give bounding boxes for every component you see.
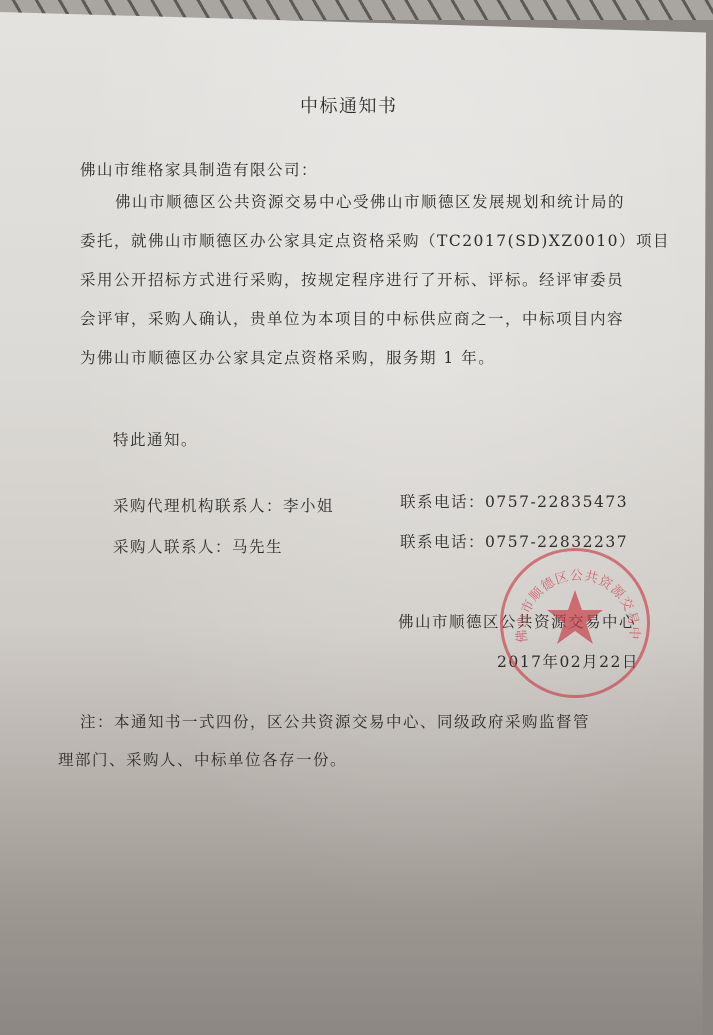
body-line: 采用公开招标方式进行采购，按规定程序进行了开标、评标。经评审委员 bbox=[80, 268, 624, 290]
closing-text: 特此通知。 bbox=[113, 428, 198, 450]
note-line: 理部门、采购人、中标单位各存一份。 bbox=[58, 748, 347, 770]
body-line: 会评审，采购人确认，贵单位为本项目的中标供应商之一，中标项目内容 bbox=[80, 307, 624, 329]
agency-phone: 联系电话：0757-22835473 bbox=[400, 490, 628, 512]
recipient: 佛山市维格家具制造有限公司： bbox=[80, 158, 318, 180]
document-title: 中标通知书 bbox=[300, 92, 398, 118]
body-line: 委托，就佛山市顺德区办公家具定点资格采购（TC2017(SD)XZ0010）项目 bbox=[80, 229, 670, 251]
purchaser-phone: 联系电话：0757-22832237 bbox=[400, 530, 628, 552]
official-seal: 佛山市顺德区公共资源交易中心 bbox=[500, 548, 650, 698]
star-icon bbox=[543, 586, 607, 650]
body-line: 佛山市顺德区公共资源交易中心受佛山市顺德区发展规划和统计局的 bbox=[115, 190, 625, 212]
purchaser-contact: 采购人联系人：马先生 bbox=[113, 535, 283, 557]
agency-contact: 采购代理机构联系人：李小姐 bbox=[113, 494, 334, 516]
note-line: 注：本通知书一式四份，区公共资源交易中心、同级政府采购监督管 bbox=[80, 710, 590, 732]
body-line: 为佛山市顺德区办公家具定点资格采购，服务期 1 年。 bbox=[80, 346, 495, 368]
